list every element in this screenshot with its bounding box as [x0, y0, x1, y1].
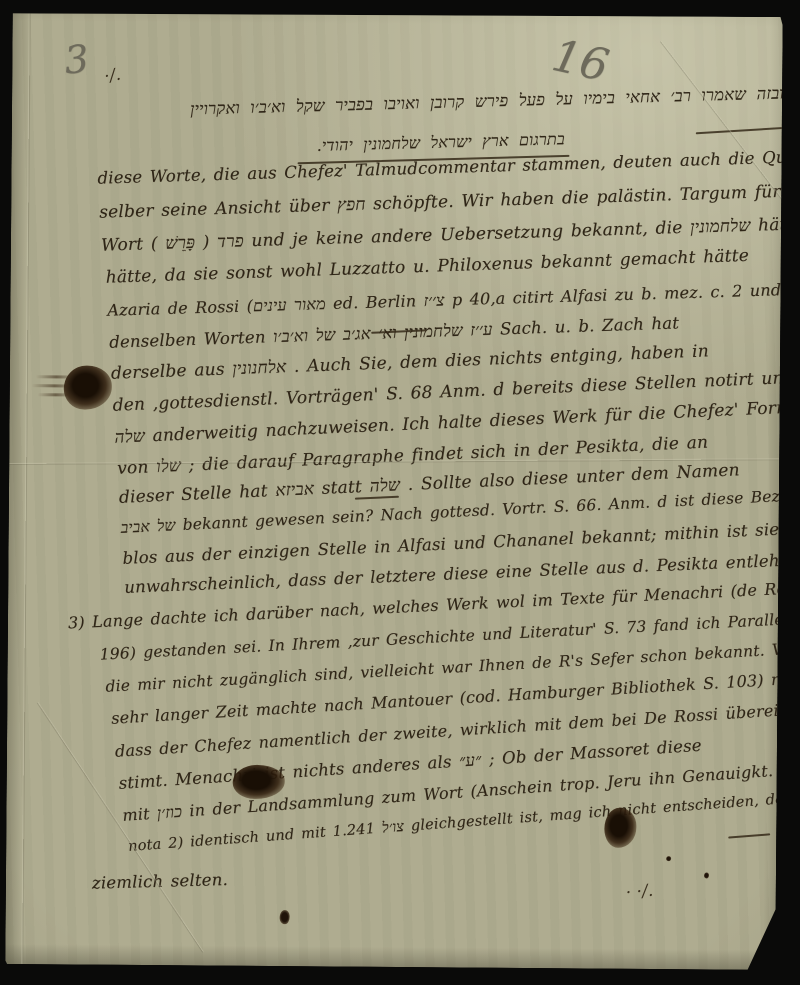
- ink-stain-streak: [36, 375, 70, 378]
- ink-stain-dot: [280, 910, 290, 924]
- ink-stain-blot: [604, 808, 636, 848]
- ink-stain-blot: [64, 365, 112, 409]
- paper-crease: [21, 11, 30, 964]
- ink-stain-dot: [666, 856, 671, 861]
- end-mark: · ·/.: [625, 881, 654, 904]
- pencil-page-number: 16: [548, 30, 614, 92]
- manuscript-line: ובזה שאמרו רב׳ אחאי בימיו על פעל פירש קר…: [108, 83, 784, 121]
- manuscript-page: 3 ·/. 16 · ·/. ובזה שאמרו רב׳ אחאי בימיו…: [5, 11, 782, 970]
- ink-stain-streak: [32, 384, 70, 387]
- manuscript-line: Azaria de Rossi (מאור עינים ed. Berlin צ…: [107, 280, 781, 321]
- section-mark: ·/.: [103, 65, 123, 87]
- manuscript-line: בתרגום ארץ ישראל שלחמונין יהודי.: [302, 129, 578, 156]
- manuscript-line: selber seine Ansicht über חפץ schöpfte. …: [99, 180, 800, 223]
- ink-stain-streak: [38, 393, 68, 396]
- ink-underline-stroke: [728, 833, 770, 838]
- scanner-background: { "document": { "type": "scanned handwri…: [0, 0, 800, 985]
- pencil-folio-number: 3: [62, 36, 90, 82]
- ink-stain-blot: [233, 765, 285, 799]
- ink-underline-stroke: [696, 125, 800, 134]
- ink-stain-dot: [704, 872, 709, 878]
